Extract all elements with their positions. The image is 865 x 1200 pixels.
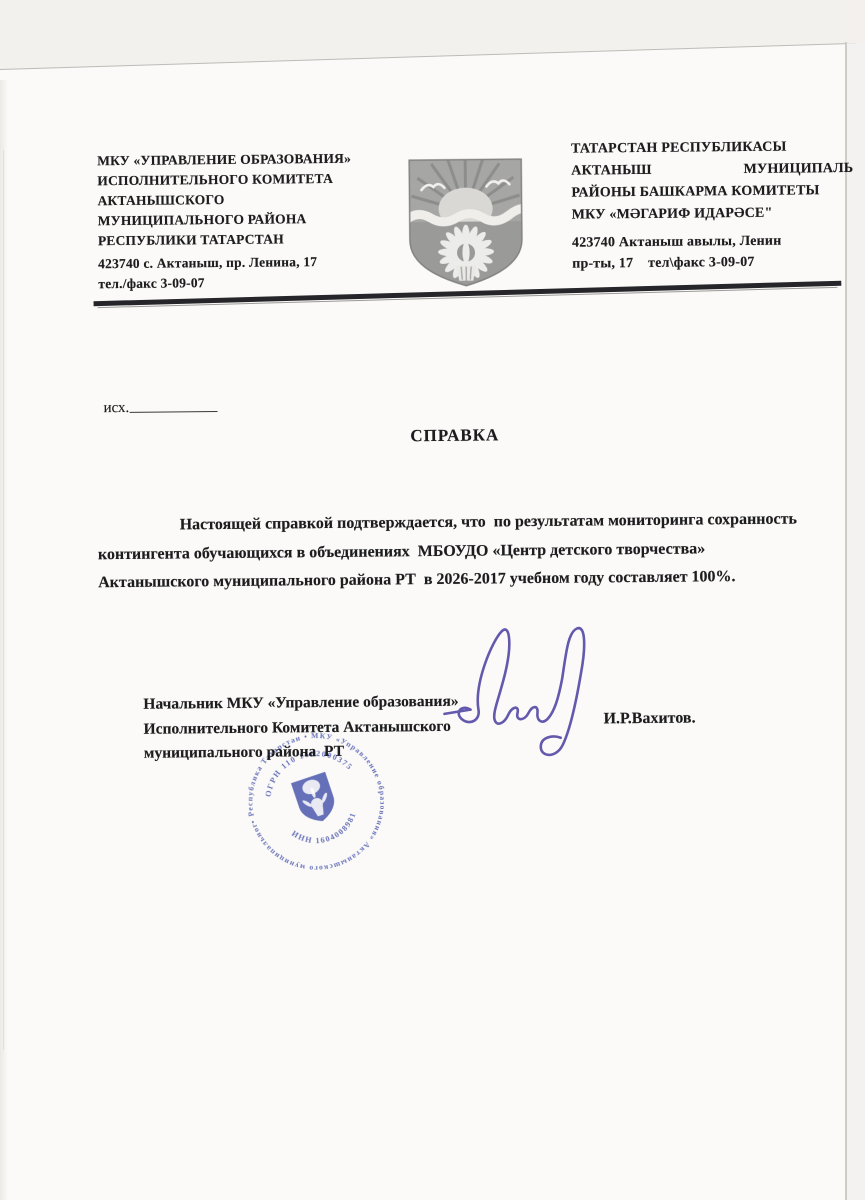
letterhead-right-tatar: ТАТАРСТАН РЕСПУБЛИКАСЫ АКТАНЫШ МУНИЦИПАЛ… [571, 136, 854, 275]
address-line: 423740 Актаныш авылы, Ленин [572, 230, 854, 254]
phone-line: тел./факс 3-09-07 [98, 271, 403, 294]
signatory-line: Начальник МКУ «Управление образования» [143, 690, 458, 718]
letter-content: МКУ «УПРАВЛЕНИЕ ОБРАЗОВАНИЯ» ИСПОЛНИТЕЛЬ… [0, 0, 865, 1200]
document-title: СПРАВКА [80, 422, 830, 449]
official-round-stamp: • Республика Татарстан • МКУ «Управление… [229, 715, 403, 889]
body-paragraph: Настоящей справкой подтверждается, что п… [98, 505, 819, 597]
org-name-line: ТАТАРСТАН РЕСПУБЛИКАСЫ [571, 136, 853, 161]
letterhead-left-russian: МКУ «УПРАВЛЕНИЕ ОБРАЗОВАНИЯ» ИСПОЛНИТЕЛЬ… [97, 148, 403, 294]
signatory-name: И.Р.Вахитов. [603, 709, 695, 728]
org-name-word: АКТАНЫШ [571, 160, 652, 183]
org-name-line-justified: АКТАНЫШ МУНИЦИПАЛЬ [571, 158, 853, 183]
body-line: Актанышского муниципального района РТ в … [98, 562, 818, 597]
coat-of-arms-icon [401, 155, 530, 290]
phone-line: пр-ты, 17 тел\факс 3-09-07 [572, 251, 854, 275]
ref-blank-underline [129, 411, 217, 413]
handwritten-signature [439, 606, 601, 773]
outgoing-ref-line: исх. [103, 399, 217, 417]
scanned-document-page: МКУ «УПРАВЛЕНИЕ ОБРАЗОВАНИЯ» ИСПОЛНИТЕЛЬ… [0, 0, 865, 1200]
org-name-word: МУНИЦИПАЛЬ [743, 158, 853, 181]
org-name-line: РЕСПУБЛИКИ ТАТАРСТАН [98, 228, 403, 251]
stamp-center-emblem [291, 772, 340, 827]
org-name-line: РАЙОНЫ БАШКАРМА КОМИТЕТЫ [571, 180, 853, 205]
org-name-line: МКУ «МӘГАРИФ ИДАРӘСЕ" [572, 202, 854, 227]
ref-label: исх. [103, 400, 129, 416]
